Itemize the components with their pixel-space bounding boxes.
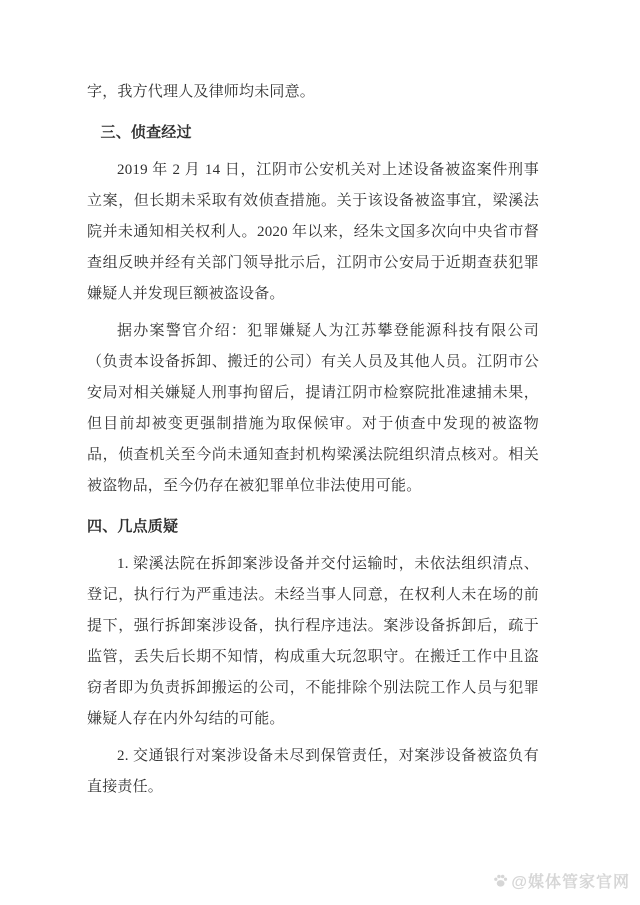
section-heading-questions: 四、几点质疑 — [87, 512, 539, 543]
paragraph-investigation-2: 据办案警官介绍：犯罪嫌疑人为江苏攀登能源科技有限公司（负责本设备拆卸、搬迁的公司… — [87, 316, 539, 502]
paragraph-question-2: 2. 交通银行对案涉设备未尽到保管责任，对案涉设备被盗负有直接责任。 — [87, 741, 539, 803]
paw-icon — [493, 873, 508, 888]
paragraph-investigation-1: 2019 年 2 月 14 日，江阴市公安机关对上述设备被盗案件刑事立案，但长期… — [87, 155, 539, 310]
watermark-text: @媒体管家官网 — [511, 869, 630, 892]
continuation-paragraph: 字，我方代理人及律师均未同意。 — [87, 77, 539, 108]
document-page: 字，我方代理人及律师均未同意。 三、侦查经过 2019 年 2 月 14 日，江… — [0, 0, 640, 905]
watermark: @媒体管家官网 — [493, 869, 630, 892]
section-heading-investigation: 三、侦查经过 — [87, 118, 539, 149]
paragraph-question-1: 1. 梁溪法院在拆卸案涉设备并交付运输时，未依法组织清点、登记，执行行为严重违法… — [87, 549, 539, 735]
section-investigation: 三、侦查经过 2019 年 2 月 14 日，江阴市公安机关对上述设备被盗案件刑… — [87, 118, 539, 502]
document-content: 字，我方代理人及律师均未同意。 三、侦查经过 2019 年 2 月 14 日，江… — [87, 77, 539, 803]
section-questions: 四、几点质疑 1. 梁溪法院在拆卸案涉设备并交付运输时，未依法组织清点、登记，执… — [87, 512, 539, 803]
